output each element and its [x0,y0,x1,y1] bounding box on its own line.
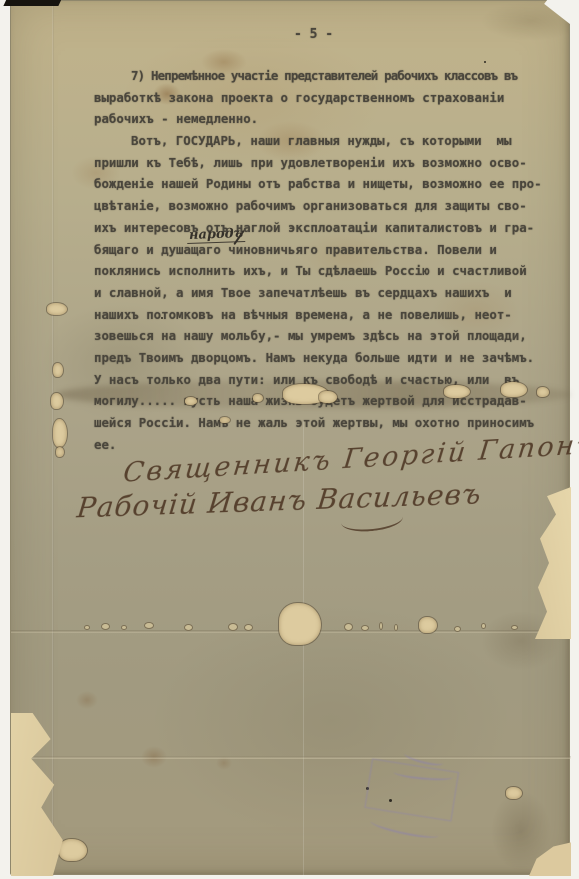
perforation-hole [361,625,369,631]
perforation-hole [184,624,193,631]
perforation-hole [144,622,154,629]
paper-tear [185,397,197,405]
typed-line: и славной, а имя Твое запечатлѣешь въ се… [94,282,556,304]
fold-hole [53,363,63,377]
fold-hole [53,419,67,447]
typed-line: предъ Твоимъ дворцомъ. Намъ некуда больш… [94,347,556,369]
stamp-script-line [369,815,440,841]
mirrored-archive-stamp [349,751,475,843]
typed-line: нашихъ потомковъ на вѣчныя времена, а не… [94,304,556,326]
stamp-script-line [403,749,444,768]
perforation-hole [511,625,518,630]
perforation-hole [379,622,383,630]
typed-line: 7) Непремѣнное участіе представителей ра… [94,65,556,87]
perforation-hole [481,623,486,629]
perforation-hole [84,625,90,630]
torn-patch-right-edge [521,487,571,639]
paper-tear [501,382,527,397]
horizontal-fold-crease-lower [11,756,571,759]
document-page: - 5 - 7) Непремѣнное участіе представите… [10,0,570,875]
typed-line: шейся Россіи. Намъ не жаль этой жертвы, … [94,412,556,434]
paper-tear [506,787,522,799]
scan-corner-artifact [3,0,61,6]
typed-line: ихъ интересовъ отъ наглой эксплоатаціи к… [94,217,556,239]
perforation-hole [394,624,398,631]
perforation-hole [121,625,127,630]
page-number: - 5 - [294,27,333,42]
paper-tear [220,417,230,423]
perforation-hole [101,623,110,630]
perforation-hole [228,623,238,631]
typed-line: выработкѣ закона проекта о государственн… [94,87,556,109]
ink-speck [484,61,486,63]
paper-tear [319,391,337,403]
fold-hole [47,303,67,315]
typed-line: цвѣтаніе, возможно рабочимъ организовать… [94,195,556,217]
paper-tear [253,394,263,402]
torn-patch-bottom-right [529,835,571,876]
paper-tear [444,385,470,398]
typed-line: Вотъ, ГОСУДАРЬ, наши главныя нужды, съ к… [94,130,556,152]
fold-hole [56,447,64,457]
ink-speck [161,317,163,319]
typed-line: зовешься на нашу мольбу,- мы умремъ здѣс… [94,325,556,347]
typed-line: пришли къ Тебѣ, лишь при удовлетвореніи … [94,152,556,174]
fold-hole [51,393,63,409]
typed-line: бящаго и душащаго чиновничьяго правитель… [94,239,556,261]
stamp-border-box [364,758,459,821]
fold-tear-center [279,603,321,645]
perforation-hole [244,624,253,631]
stamp-script-line [393,767,454,782]
fold-tear [419,617,437,633]
fold-hole [59,839,87,861]
typed-line: поклянись исполнить ихъ, и Ты сдѣлаешь Р… [94,260,556,282]
typed-line: божденіе нашей Родины отъ рабства и нище… [94,173,556,195]
paper-tear [537,387,549,397]
perforation-hole [454,626,461,632]
perforation-hole [344,623,353,631]
typed-line: рабочихъ - немедленно. [94,108,556,130]
typed-line: У насъ только два пути: или къ свободѣ и… [94,369,556,391]
scanner-background: - 5 - 7) Непремѣнное участіе представите… [0,0,579,879]
